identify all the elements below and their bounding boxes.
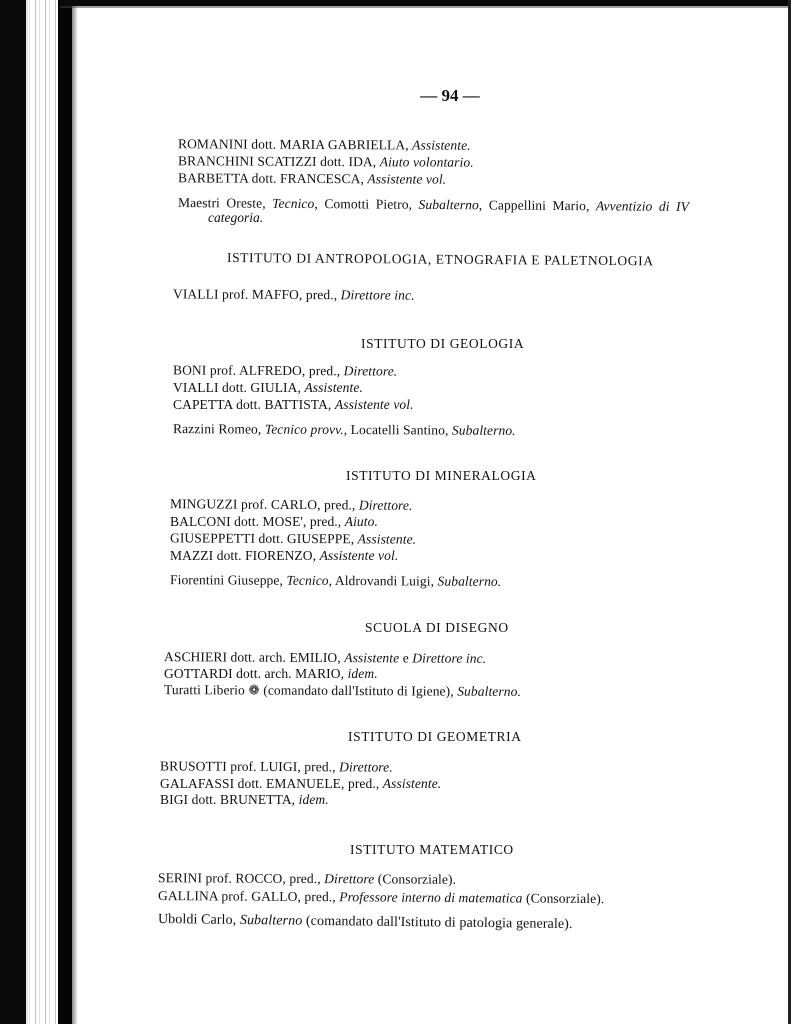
- section-heading-geometria: ISTITUTO DI GEOMETRIA: [348, 729, 522, 745]
- section-heading-mineralogia: ISTITUTO DI MINERALOGIA: [346, 468, 537, 484]
- section-heading-antropologia: ISTITUTO DI ANTROPOLOGIA, ETNOGRAFIA E P…: [227, 250, 654, 269]
- person-entry: CAPETTA dott. BATTISTA, Assistente vol.: [173, 397, 414, 413]
- scan-binding-noise: [26, 0, 58, 1024]
- staff-entry: Razzini Romeo, Tecnico provv., Locatelli…: [173, 421, 516, 439]
- person-entry: ASCHIERI dott. arch. EMILIO, Assistente …: [164, 649, 486, 667]
- staff-entry: Turatti Liberio ❁ (comandato dall'Istitu…: [164, 682, 521, 700]
- person-entry: GALLINA prof. GALLO, pred., Professore i…: [158, 888, 604, 907]
- person-entry: BIGI dott. BRUNETTA, idem.: [160, 792, 329, 808]
- scan-binding-edge: [0, 0, 28, 1024]
- person-entry: BRUSOTTI prof. LUIGI, pred., Direttore.: [160, 758, 393, 775]
- flower-symbol-icon: ❁: [248, 683, 260, 698]
- person-entry: BRANCHINI SCATIZZI dott. IDA, Aiuto volo…: [178, 153, 474, 171]
- person-entry: GOTTARDI dott. arch. MARIO, idem.: [164, 666, 378, 682]
- person-entry: VIALLI prof. MAFFO, pred., Direttore inc…: [173, 286, 415, 303]
- staff-entry-continuation: categoria.: [208, 210, 263, 226]
- person-entry: SERINI prof. ROCCO, pred., Direttore (Co…: [158, 870, 456, 888]
- staff-entry: Uboldi Carlo, Subalterno (comandato dall…: [158, 912, 573, 933]
- person-entry: GIUSEPPETTI dott. GIUSEPPE, Assistente.: [170, 530, 416, 547]
- person-entry: VIALLI dott. GIULIA, Assistente.: [173, 380, 363, 396]
- staff-entry: Fiorentini Giuseppe, Tecnico, Aldrovandi…: [170, 572, 501, 590]
- person-entry: BALCONI dott. MOSE', pred., Aiuto.: [170, 514, 378, 530]
- section-heading-geologia: ISTITUTO DI GEOLOGIA: [361, 336, 524, 352]
- person-entry: MINGUZZI prof. CARLO, pred., Direttore.: [170, 496, 413, 514]
- section-heading-disegno: SCUOLA DI DISEGNO: [365, 620, 509, 636]
- person-entry: ROMANINI dott. MARIA GABRIELLA, Assisten…: [178, 136, 471, 154]
- scan-binding-shadow: [72, 0, 78, 1024]
- person-entry: BARBETTA dott. FRANCESCA, Assistente vol…: [178, 170, 446, 187]
- person-entry: GALAFASSI dott. EMANUELE, pred., Assiste…: [160, 776, 441, 792]
- person-entry: MAZZI dott. FIORENZO, Assistente vol.: [170, 548, 398, 564]
- person-entry: BONI prof. ALFREDO, pred., Direttore.: [173, 362, 397, 379]
- page-number: — 94 —: [0, 86, 791, 106]
- scan-binding-bar: [58, 0, 72, 1024]
- scan-top-edge-shadow: [60, 6, 791, 8]
- section-heading-matematico: ISTITUTO MATEMATICO: [350, 842, 514, 858]
